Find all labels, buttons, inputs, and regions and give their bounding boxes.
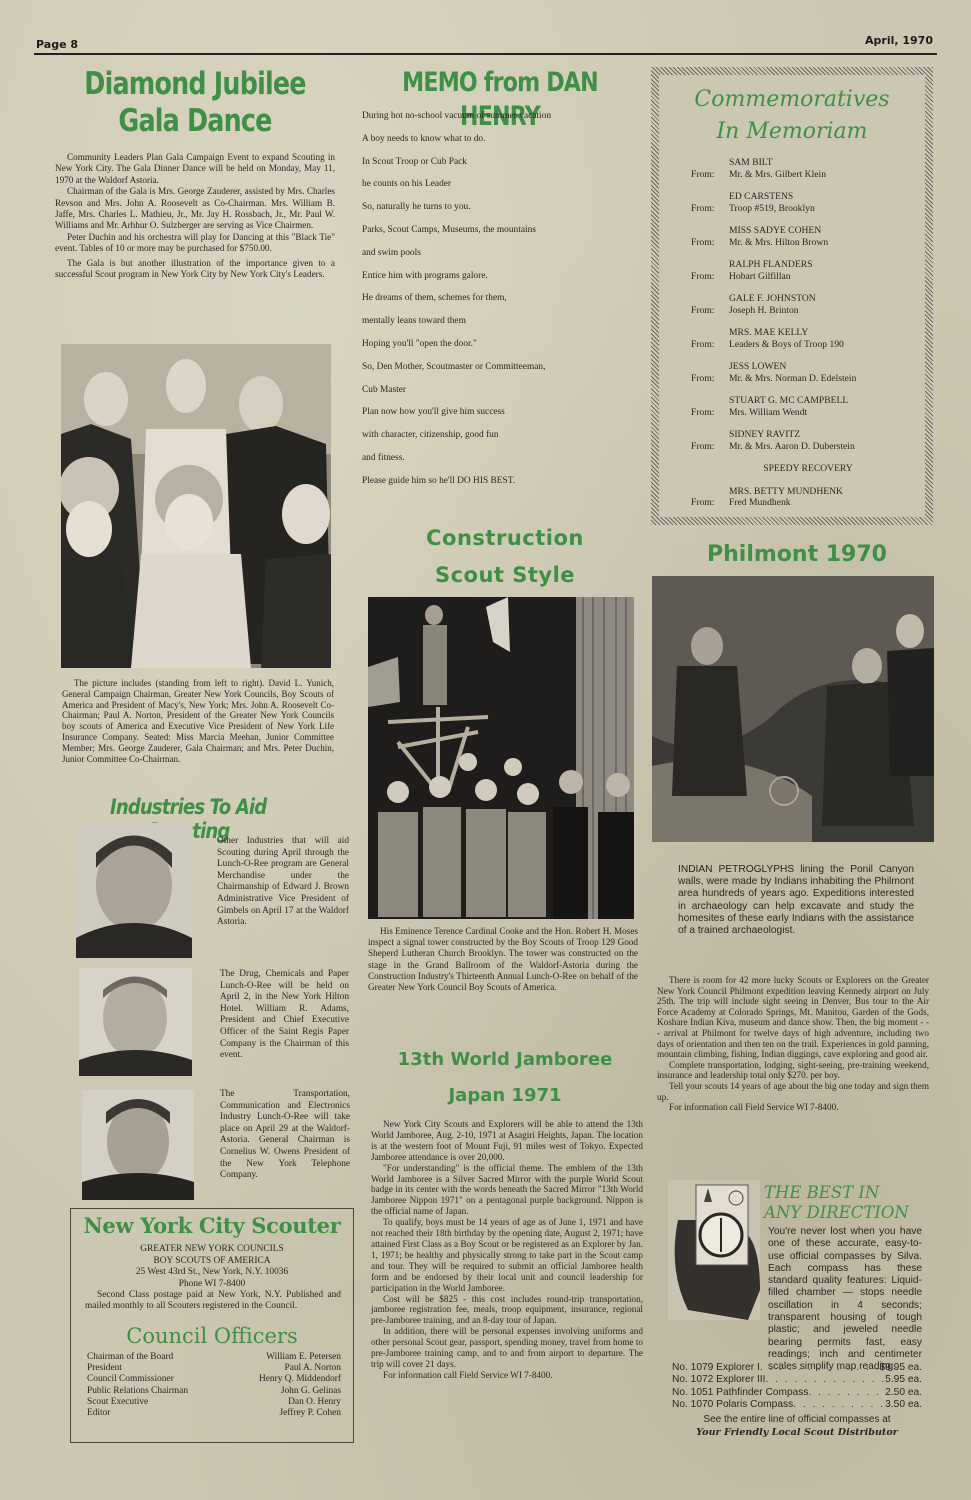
speedy-recovery-heading: SPEEDY RECOVERY xyxy=(661,463,925,475)
memo-line: A boy needs to know what to do. xyxy=(362,134,642,157)
gala-photo-caption: The picture includes (standing from left… xyxy=(62,678,334,764)
price-row: No. 1070 Polaris Compass. . . . . . . . … xyxy=(672,1399,922,1411)
from-label: From: xyxy=(661,169,729,181)
scouter-org-info: GREATER NEW YORK COUNCILS BOY SCOUTS OF … xyxy=(71,1244,353,1290)
jamboree-paragraph: To qualify, boys must be 14 years of age… xyxy=(371,1217,643,1293)
memoriam-entry: MISS SADYE COHENFrom:Mr. & Mrs. Hilton B… xyxy=(661,225,925,248)
memo-line: Parks, Scout Camps, Museums, the mountai… xyxy=(362,225,642,248)
jamboree-body: New York City Scouts and Explorers will … xyxy=(371,1119,643,1381)
jamboree-headline-line2: Japan 1971 xyxy=(365,1078,645,1114)
compass-price-list: No. 1079 Explorer I. . . . . . . . . . .… xyxy=(672,1362,922,1412)
petroglyph-photo xyxy=(652,576,934,842)
gala-paragraph: The Gala is but another illustration of … xyxy=(55,258,335,281)
donor-name: Hobart Gilfillan xyxy=(729,271,791,283)
memoriam-entry: STUART G. MC CAMPBELLFrom:Mrs. William W… xyxy=(661,395,925,418)
officer-name: Jeffrey P. Cohen xyxy=(279,1408,341,1419)
officer-name: John G. Gelinas xyxy=(281,1386,341,1397)
memo-line: Entice him with programs galore. xyxy=(362,271,642,294)
leader-dots: . . . . . . . . . . . . . . . . . . . . … xyxy=(808,1387,885,1399)
product-price: $9.95 ea. xyxy=(880,1362,923,1374)
memoriam-entry: RALPH FLANDERSFrom:Hobart Gilfillan xyxy=(661,259,925,282)
honoree-name: SAM BILT xyxy=(661,157,925,169)
memo-line: During hot no-school vacuum of summer va… xyxy=(362,111,642,134)
from-label: From: xyxy=(661,497,729,509)
product-price: 5.95 ea. xyxy=(885,1374,922,1386)
portrait-cornelius-owens xyxy=(82,1090,194,1200)
donor-name: Fred Mundhenk xyxy=(729,497,791,509)
donor-name: Mr. & Mrs. Gilbert Klein xyxy=(729,169,826,181)
officer-role: Editor xyxy=(87,1408,110,1419)
compass-ad-headline-line1: THE BEST IN xyxy=(764,1183,944,1203)
donor-name: Troop #519, Brooklyn xyxy=(729,203,815,215)
industries-item-text: The Transportation, Communication and El… xyxy=(220,1089,350,1182)
memo-line: In Scout Troop or Cub Pack xyxy=(362,157,642,180)
officer-row: PresidentPaul A. Norton xyxy=(87,1363,341,1374)
officer-row: EditorJeffrey P. Cohen xyxy=(87,1408,341,1419)
commemoratives-box: Commemoratives In Memoriam SAM BILTFrom:… xyxy=(651,67,933,525)
memo-line: He dreams of them, schemes for them, xyxy=(362,293,642,316)
memo-poem: During hot no-school vacuum of summer va… xyxy=(362,111,642,499)
memo-line: Plan now how you'll give him success xyxy=(362,407,642,430)
donor-name: Joseph H. Brinton xyxy=(729,305,799,317)
issue-date: April, 1970 xyxy=(865,34,933,47)
council-officers-title: Council Officers xyxy=(71,1324,353,1348)
memo-line: mentally leans toward them xyxy=(362,316,642,339)
from-label: From: xyxy=(661,373,729,385)
honoree-name: RALPH FLANDERS xyxy=(661,259,925,271)
from-label: From: xyxy=(661,407,729,419)
postage-text: Second Class postage paid at New York, N… xyxy=(85,1290,341,1312)
officer-name: Dan O. Henry xyxy=(288,1397,341,1408)
honoree-name: MRS. BETTY MUNDHENK xyxy=(661,486,925,498)
org-line: GREATER NEW YORK COUNCILS xyxy=(71,1244,353,1256)
memo-line: Hoping you'll "open the door." xyxy=(362,339,642,362)
donor-name: Mr. & Mrs. Hilton Brown xyxy=(729,237,828,249)
memo-line: he counts on his Leader xyxy=(362,179,642,202)
portrait-edward-brown xyxy=(76,823,192,958)
philmont-paragraph: For information call Field Service WI 7-… xyxy=(657,1102,929,1113)
officer-row: Chairman of the BoardWilliam E. Petersen xyxy=(87,1352,341,1363)
construction-headline-line2: Scout Style xyxy=(365,557,645,594)
officer-role: Public Relations Chairman xyxy=(87,1386,188,1397)
caption-text: The picture includes (standing from left… xyxy=(62,678,334,764)
page-number: Page 8 xyxy=(36,38,78,51)
memoriam-entry: MRS. MAE KELLYFrom:Leaders & Boys of Tro… xyxy=(661,327,925,350)
commemoratives-title: Commemoratives xyxy=(659,85,925,115)
scouter-title: New York City Scouter xyxy=(71,1213,353,1238)
gala-paragraph: Chairman of the Gala is Mrs. George Zaud… xyxy=(55,186,335,232)
from-label: From: xyxy=(661,305,729,317)
in-memoriam-title: In Memoriam xyxy=(659,115,925,149)
memo-line: and swim pools xyxy=(362,248,642,271)
officer-row: Scout ExecutiveDan O. Henry xyxy=(87,1397,341,1408)
officers-list: Chairman of the BoardWilliam E. Petersen… xyxy=(71,1348,353,1419)
memo-line: So, naturally he turns to you. xyxy=(362,202,642,225)
industries-item-text: Other Industries that will aid Scouting … xyxy=(217,836,349,929)
from-label: From: xyxy=(661,441,729,453)
product-name: No. 1072 Explorer III xyxy=(672,1374,765,1386)
honoree-name: STUART G. MC CAMPBELL xyxy=(661,395,925,407)
gala-paragraph: Peter Duchin and his orchestra will play… xyxy=(55,232,335,255)
memo-line: and fitness. xyxy=(362,453,642,476)
org-line: 25 West 43rd St., New York, N.Y. 10036 xyxy=(71,1267,353,1279)
caption-text: His Eminence Terence Cardinal Cooke and … xyxy=(368,926,638,993)
product-price: 2.50 ea. xyxy=(885,1387,922,1399)
org-line: Phone WI 7-8400 xyxy=(71,1279,353,1291)
from-label: From: xyxy=(661,237,729,249)
leader-dots: . . . . . . . . . . . . . . . . . . . . … xyxy=(765,1374,885,1386)
price-row: No. 1079 Explorer I. . . . . . . . . . .… xyxy=(672,1362,922,1374)
leader-dots: . . . . . . . . . . . . . . . . . . . . … xyxy=(760,1362,880,1374)
product-name: No. 1051 Pathfinder Compass xyxy=(672,1387,808,1399)
memo-line: with character, citizenship, good fun xyxy=(362,430,642,453)
jamboree-paragraph: Cost will be $825 - this cost includes r… xyxy=(371,1294,643,1327)
philmont-body: There is room for 42 more lucky Scouts o… xyxy=(657,975,929,1113)
from-label: From: xyxy=(661,203,729,215)
compass-ad-body-text: You're never lost when you have one of t… xyxy=(768,1226,922,1372)
product-name: No. 1079 Explorer I xyxy=(672,1362,760,1374)
officer-role: Chairman of the Board xyxy=(87,1352,173,1363)
memo-line: Cub Master xyxy=(362,385,642,408)
jamboree-paragraph: New York City Scouts and Explorers will … xyxy=(371,1119,643,1163)
officer-row: Council CommissionerHenry Q. Middendorf xyxy=(87,1374,341,1385)
construction-headline: Construction Scout Style xyxy=(365,520,645,594)
jamboree-paragraph: For information call Field Service WI 7-… xyxy=(371,1370,643,1381)
officer-role: Scout Executive xyxy=(87,1397,148,1408)
honoree-name: MISS SADYE COHEN xyxy=(661,225,925,237)
philmont-photo-caption: INDIAN PETROGLYPHS lining the Ponil Cany… xyxy=(678,864,914,937)
construction-headline-line1: Construction xyxy=(365,520,645,557)
memoriam-list: SAM BILTFrom:Mr. & Mrs. Gilbert Klein ED… xyxy=(659,157,925,509)
masthead-rule xyxy=(34,53,937,55)
price-row: No. 1072 Explorer III. . . . . . . . . .… xyxy=(672,1374,922,1386)
officer-name: Henry Q. Middendorf xyxy=(259,1374,341,1385)
honoree-name: ED CARSTENS xyxy=(661,191,925,203)
honoree-name: MRS. MAE KELLY xyxy=(661,327,925,339)
industries-item: The Transportation, Communication and El… xyxy=(220,1089,350,1182)
officer-name: William E. Petersen xyxy=(266,1352,341,1363)
product-price: 3.50 ea. xyxy=(885,1399,922,1411)
gala-paragraph: Community Leaders Plan Gala Campaign Eve… xyxy=(55,152,335,186)
memoriam-entry: SAM BILTFrom:Mr. & Mrs. Gilbert Klein xyxy=(661,157,925,180)
philmont-paragraph: There is room for 42 more lucky Scouts o… xyxy=(657,975,929,1060)
industries-item: The Drug, Chemicals and Paper Lunch-O-Re… xyxy=(220,969,349,1062)
jamboree-paragraph: "For understanding" is the official them… xyxy=(371,1163,643,1218)
compass-ad-headline: THE BEST IN ANY DIRECTION xyxy=(764,1183,944,1223)
compass-ad-body: You're never lost when you have one of t… xyxy=(672,1226,922,1374)
donor-name: Mr. & Mrs. Aaron D. Duberstein xyxy=(729,441,855,453)
gala-headline-line1: Diamond Jubilee xyxy=(68,66,322,103)
officer-row: Public Relations ChairmanJohn G. Gelinas xyxy=(87,1386,341,1397)
philmont-paragraph: Complete transportation, lodging, sight-… xyxy=(657,1060,929,1081)
donor-name: Leaders & Boys of Troop 190 xyxy=(729,339,844,351)
jamboree-headline-line1: 13th World Jamboree xyxy=(365,1042,645,1078)
recovery-entry: MRS. BETTY MUNDHENKFrom:Fred Mundhenk xyxy=(661,486,925,509)
industries-item: Other Industries that will aid Scouting … xyxy=(217,836,349,929)
portrait-william-adams xyxy=(79,968,192,1076)
compass-ad-footer: See the entire line of official compasse… xyxy=(672,1414,922,1426)
from-label: From: xyxy=(661,271,729,283)
jamboree-paragraph: In addition, there will be personal expe… xyxy=(371,1326,643,1370)
from-label: From: xyxy=(661,339,729,351)
compass-ad-tagline: Your Friendly Local Scout Distributor xyxy=(672,1427,922,1438)
donor-name: Mrs. William Wendt xyxy=(729,407,807,419)
gala-headline: Diamond Jubilee Gala Dance xyxy=(68,66,322,140)
leader-dots: . . . . . . . . . . . . . . . . . . . . … xyxy=(793,1399,885,1411)
industries-item-text: The Drug, Chemicals and Paper Lunch-O-Re… xyxy=(220,969,349,1062)
gala-group-photo xyxy=(61,344,331,668)
memo-line: So, Den Mother, Scoutmaster or Committee… xyxy=(362,362,642,385)
memoriam-entry: GALE F. JOHNSTONFrom:Joseph H. Brinton xyxy=(661,293,925,316)
philmont-headline: Philmont 1970 xyxy=(652,540,942,570)
honoree-name: GALE F. JOHNSTON xyxy=(661,293,925,305)
honoree-name: SIDNEY RAVITZ xyxy=(661,429,925,441)
org-line: BOY SCOUTS OF AMERICA xyxy=(71,1256,353,1268)
memoriam-entry: JESS LOWENFrom:Mr. & Mrs. Norman D. Edel… xyxy=(661,361,925,384)
scouter-postage: Second Class postage paid at New York, N… xyxy=(71,1290,353,1312)
officer-role: President xyxy=(87,1363,122,1374)
signal-tower-photo xyxy=(368,597,634,919)
philmont-paragraph: Tell your scouts 14 years of age about t… xyxy=(657,1081,929,1102)
donor-name: Mr. & Mrs. Norman D. Edelstein xyxy=(729,373,856,385)
gala-headline-line2: Gala Dance xyxy=(68,103,322,140)
product-name: No. 1070 Polaris Compass xyxy=(672,1399,793,1411)
gala-body: Community Leaders Plan Gala Campaign Eve… xyxy=(55,152,335,280)
memoriam-entry: ED CARSTENSFrom:Troop #519, Brooklyn xyxy=(661,191,925,214)
compass-ad-headline-line2: ANY DIRECTION xyxy=(764,1203,944,1223)
honoree-name: JESS LOWEN xyxy=(661,361,925,373)
officer-role: Council Commissioner xyxy=(87,1374,174,1385)
price-row: No. 1051 Pathfinder Compass. . . . . . .… xyxy=(672,1387,922,1399)
jamboree-headline: 13th World Jamboree Japan 1971 xyxy=(365,1042,645,1114)
construction-caption: His Eminence Terence Cardinal Cooke and … xyxy=(368,926,638,993)
scouter-masthead-box: New York City Scouter GREATER NEW YORK C… xyxy=(70,1208,354,1443)
memo-line: Please guide him so he'll DO HIS BEST. xyxy=(362,476,642,499)
memoriam-entry: SIDNEY RAVITZFrom:Mr. & Mrs. Aaron D. Du… xyxy=(661,429,925,452)
officer-name: Paul A. Norton xyxy=(284,1363,341,1374)
